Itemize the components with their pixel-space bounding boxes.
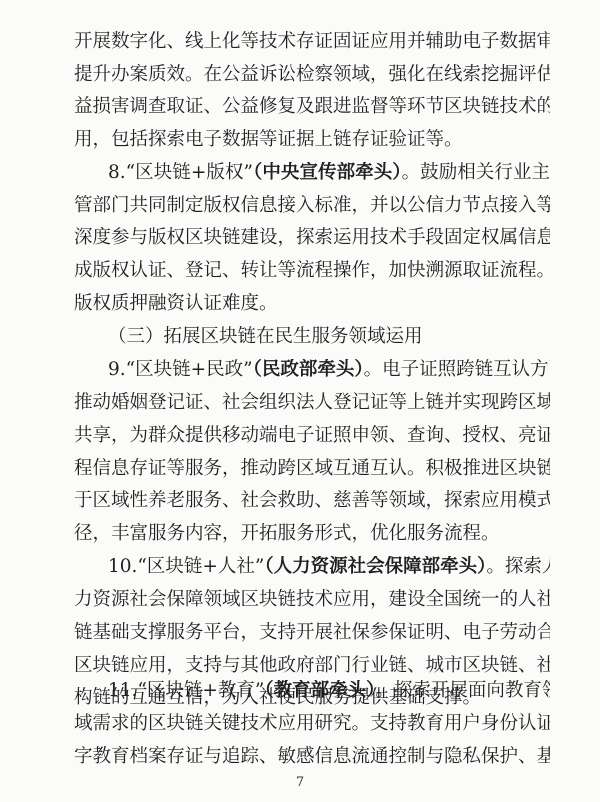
text-segment: 开展数字化、线上化等技术存证固证应用并辅助电子数据审查， xyxy=(74,31,550,52)
text-segment: 推动婚姻登记证、社会组织法人登记证等上链并实现跨区域可信 xyxy=(74,392,550,413)
text-line: 字教育档案存证与追踪、敏感信息流通控制与隐私保护、基于学 xyxy=(74,746,550,768)
text-segment: 域需求的区块链关键技术应用研究。支持教育用户身份认证、数 xyxy=(74,713,550,734)
text-segment: 8.“区块链+版权” xyxy=(108,162,253,183)
page-number: 7 xyxy=(0,775,600,790)
text-line: 共享，为群众提供移动端电子证照申领、查询、授权、亮证、全 xyxy=(74,425,550,447)
text-line: 成版权认证、登记、转让等流程操作，加快溯源取证流程。降低 xyxy=(74,260,550,282)
text-line: 8.“区块链+版权”（中央宣传部牵头）。鼓励相关行业主 xyxy=(108,162,550,184)
text-line: 用，包括探索电子数据等证据上链存证验证等。 xyxy=(74,129,550,151)
text-line: 提升办案质效。在公益诉讼检察领域，强化在线索挖掘评估、公 xyxy=(74,64,550,86)
text-segment: 。探索开展面向教育领 xyxy=(375,680,550,701)
text-line: 程信息存证等服务，推动跨区域互通互认。积极推进区块链应用 xyxy=(74,458,550,480)
text-segment: 9.“区块链+民政” xyxy=(108,359,253,380)
lead-department: （民政部牵头） xyxy=(253,359,364,380)
lead-department: （人力资源社会保障部牵头） xyxy=(264,556,486,577)
text-segment: 成版权认证、登记、转让等流程操作，加快溯源取证流程。降低 xyxy=(74,260,550,281)
text-line: 区块链应用，支持与其他政府部门行业链、城市区块链、社会机 xyxy=(74,655,550,677)
text-line: 力资源社会保障领域区块链技术应用，建设全国统一的人社区块 xyxy=(74,589,550,611)
text-line: 径，丰富服务内容，开拓服务形式，优化服务流程。 xyxy=(74,523,550,545)
text-line: （三）拓展区块链在民生服务领域运用 xyxy=(108,326,550,348)
text-segment: 。探索人 xyxy=(486,556,550,577)
text-line: 9.“区块链+民政”（民政部牵头）。电子证照跨链互认方面， xyxy=(108,359,550,381)
text-segment: 。鼓励相关行业主 xyxy=(402,162,550,183)
text-line: 推动婚姻登记证、社会组织法人登记证等上链并实现跨区域可信 xyxy=(74,392,550,414)
text-segment: 深度参与版权区块链建设，探索运用技术手段固定权属信息，完 xyxy=(74,227,550,248)
text-segment: 益损害调查取证、公益修复及跟进监督等环节区块链技术的应 xyxy=(74,96,550,117)
text-segment: 程信息存证等服务，推动跨区域互通互认。积极推进区块链应用 xyxy=(74,458,550,479)
text-segment: 用，包括探索电子数据等证据上链存证验证等。 xyxy=(74,129,463,150)
text-segment: 区块链应用，支持与其他政府部门行业链、城市区块链、社会机 xyxy=(74,655,550,676)
text-segment: （三）拓展区块链在民生服务领域运用 xyxy=(108,326,423,347)
text-segment: 管部门共同制定版权信息接入标准，并以公信力节点接入等形式 xyxy=(74,195,550,216)
text-line: 开展数字化、线上化等技术存证固证应用并辅助电子数据审查， xyxy=(74,31,550,53)
text-segment: 力资源社会保障领域区块链技术应用，建设全国统一的人社区块 xyxy=(74,589,550,610)
text-segment: 。电子证照跨链互认方面， xyxy=(364,359,550,380)
text-line: 10.“区块链+人社”（人力资源社会保障部牵头）。探索人 xyxy=(108,556,550,578)
lead-department: （教育部牵头） xyxy=(264,680,375,701)
text-line: 益损害调查取证、公益修复及跟进监督等环节区块链技术的应 xyxy=(74,96,550,118)
text-line: 11.“区块链+教育”（教育部牵头）。探索开展面向教育领 xyxy=(108,680,550,702)
text-line: 深度参与版权区块链建设，探索运用技术手段固定权属信息，完 xyxy=(74,227,550,249)
lead-department: （中央宣传部牵头） xyxy=(253,162,402,183)
text-segment: 径，丰富服务内容，开拓服务形式，优化服务流程。 xyxy=(74,523,500,544)
text-segment: 于区域性养老服务、社会救助、慈善等领域，探索应用模式和路 xyxy=(74,490,550,511)
text-segment: 版权质押融资认证难度。 xyxy=(74,293,278,314)
text-segment: 链基础支撑服务平台，支持开展社保参保证明、电子劳动合同等 xyxy=(74,622,550,643)
text-segment: 10.“区块链+人社” xyxy=(108,556,264,577)
document-page: 开展数字化、线上化等技术存证固证应用并辅助电子数据审查，提升办案质效。在公益诉讼… xyxy=(0,0,600,802)
text-line: 管部门共同制定版权信息接入标准，并以公信力节点接入等形式 xyxy=(74,195,550,217)
text-segment: 11.“区块链+教育” xyxy=(108,680,264,701)
text-line: 域需求的区块链关键技术应用研究。支持教育用户身份认证、数 xyxy=(74,713,550,735)
text-segment: 共享，为群众提供移动端电子证照申领、查询、授权、亮证、全 xyxy=(74,425,550,446)
text-line: 于区域性养老服务、社会救助、慈善等领域，探索应用模式和路 xyxy=(74,490,550,512)
text-segment: 字教育档案存证与追踪、敏感信息流通控制与隐私保护、基于学 xyxy=(74,746,550,767)
text-line: 链基础支撑服务平台，支持开展社保参保证明、电子劳动合同等 xyxy=(74,622,550,644)
text-segment: 提升办案质效。在公益诉讼检察领域，强化在线索挖掘评估、公 xyxy=(74,64,550,85)
text-line: 版权质押融资认证难度。 xyxy=(74,293,550,315)
